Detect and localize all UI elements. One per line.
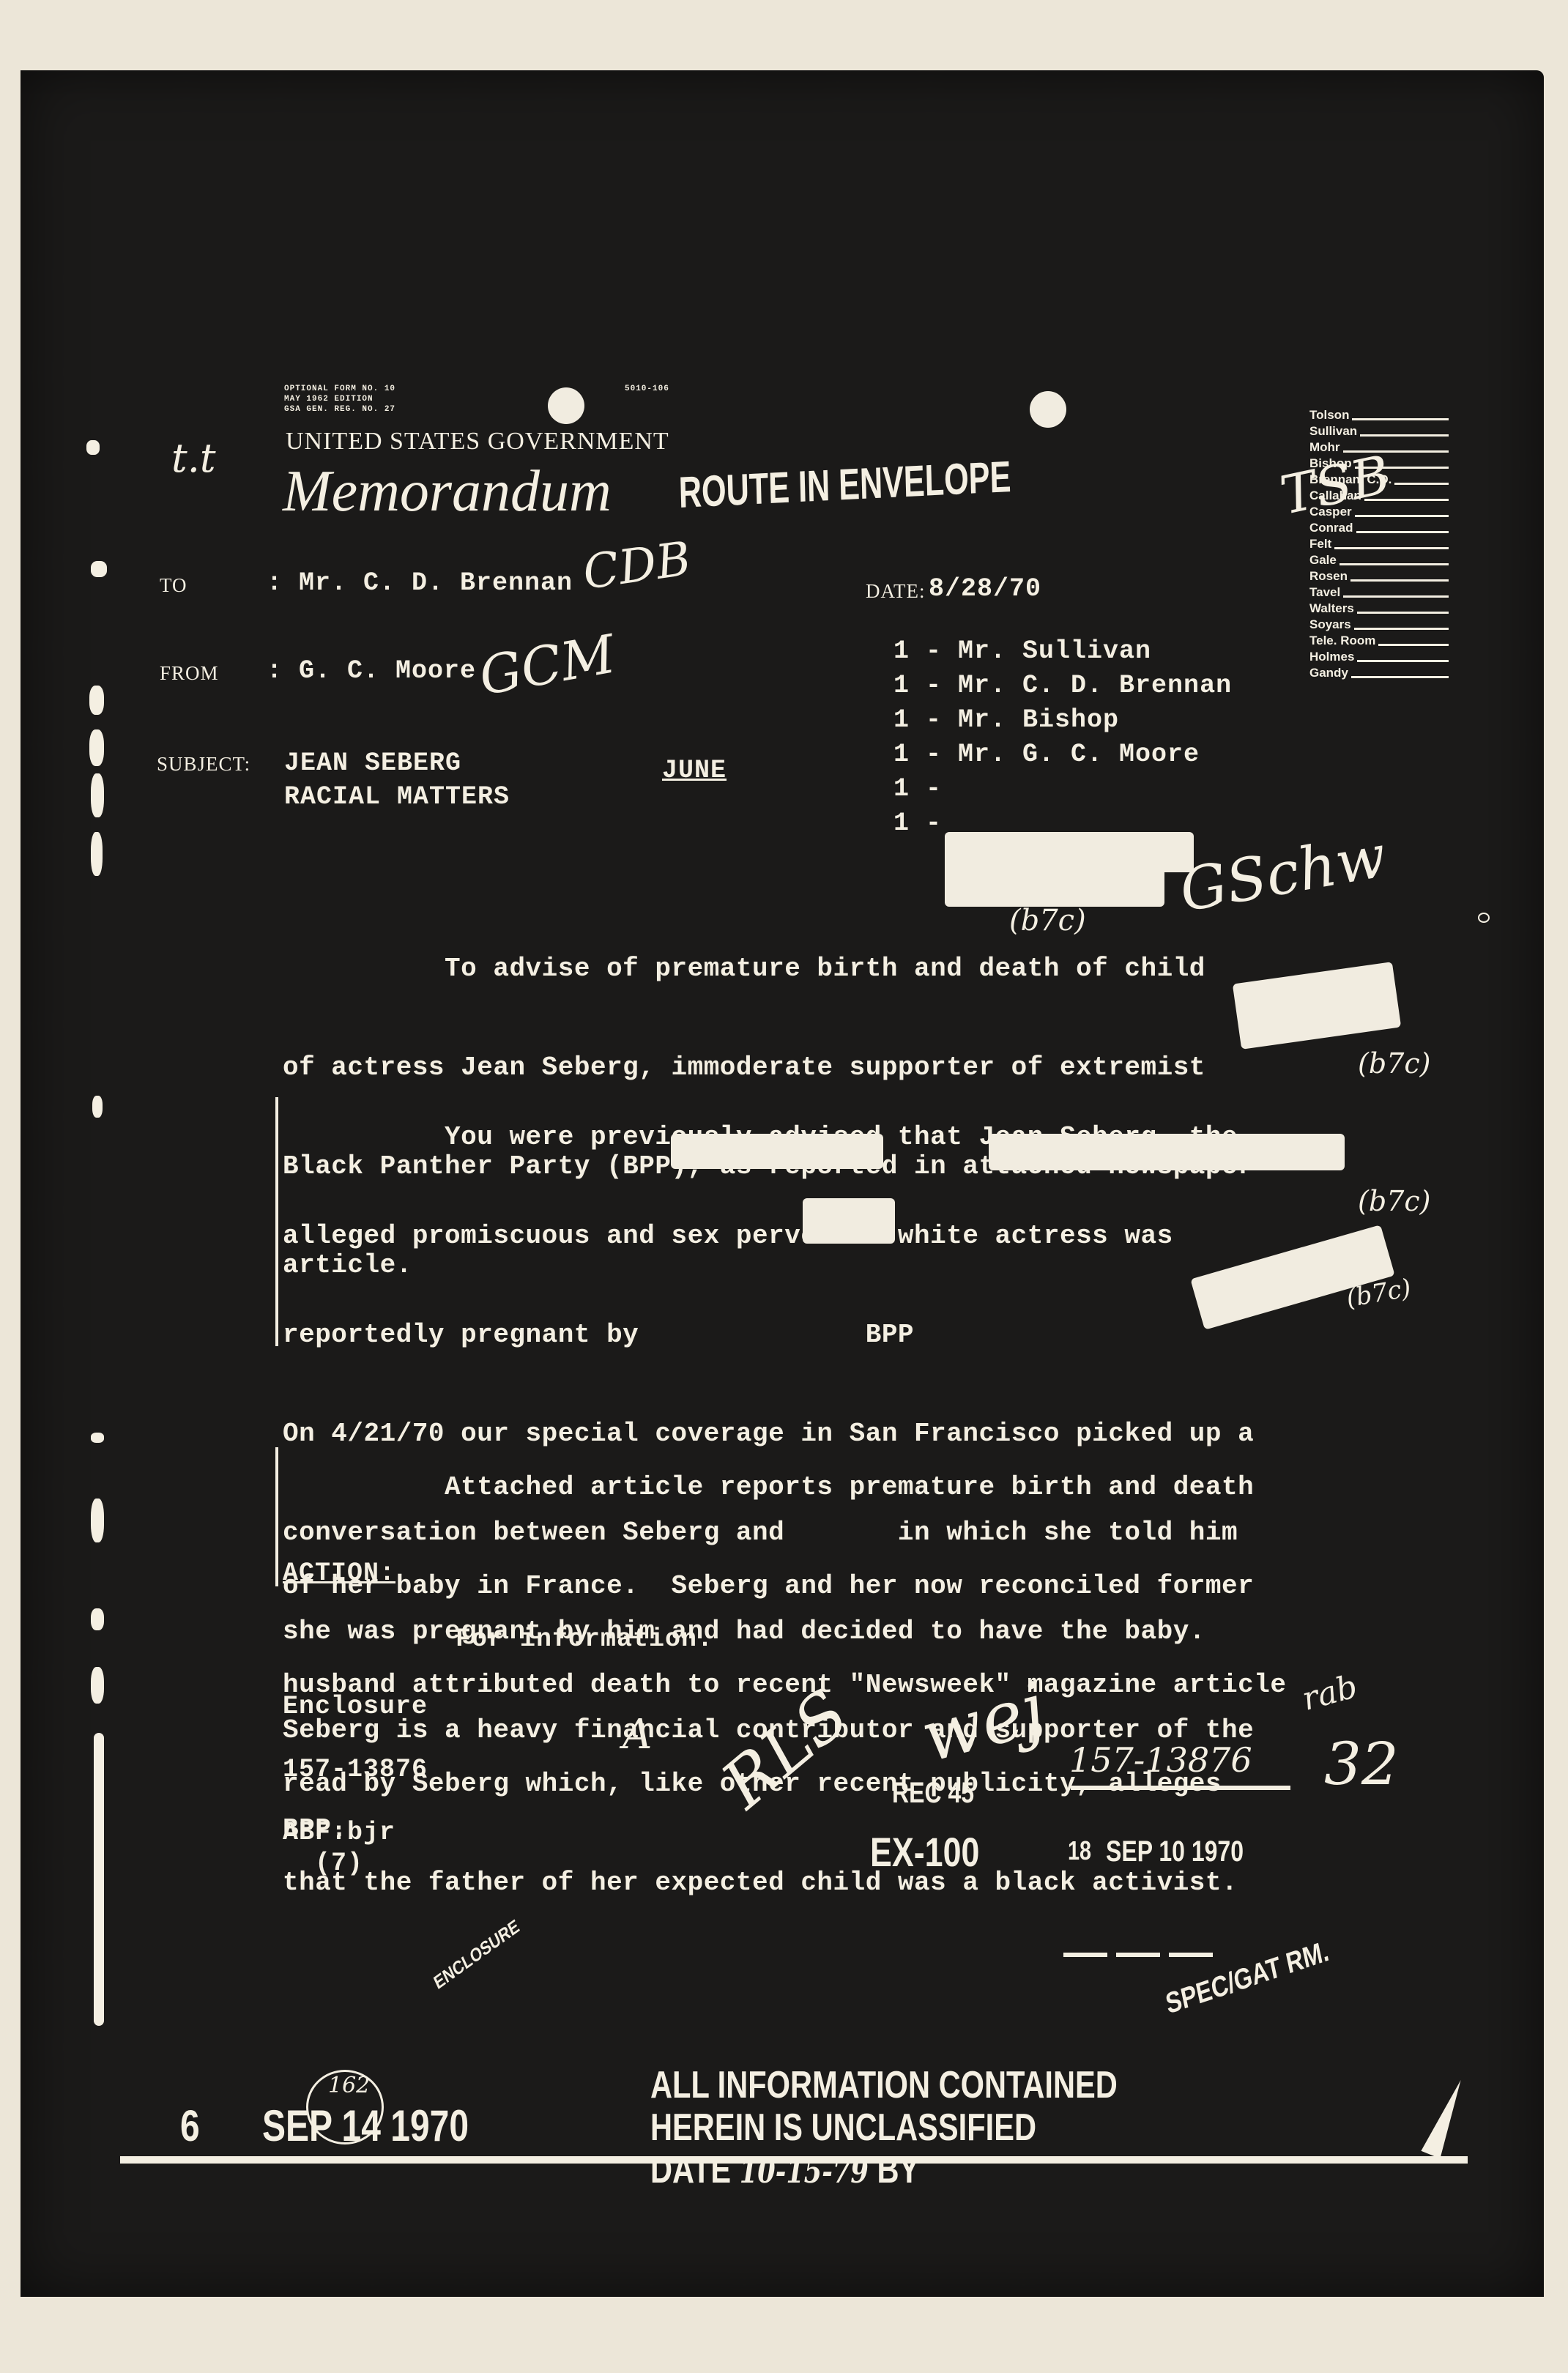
- file-number: 157-13876: [283, 1755, 428, 1784]
- to-label: TO: [160, 574, 187, 597]
- routing-slip-row: Holmes: [1309, 649, 1449, 665]
- declass-by-label: BY: [877, 2149, 919, 2191]
- routing-slip-row: Gandy: [1309, 665, 1449, 681]
- distribution-item: 1 - Mr. Sullivan: [893, 634, 1232, 669]
- typist-initials: ABF:bjr: [283, 1818, 395, 1847]
- redaction-box: [803, 1198, 895, 1244]
- paragraph-line: reportedly pregnant by BPP: [283, 1318, 1254, 1351]
- subject-line-2: RACIAL MATTERS: [284, 782, 510, 812]
- handwritten-initials: GCM: [475, 623, 620, 707]
- paragraph-line: alleged promiscuous and sex perverted wh…: [283, 1219, 1254, 1252]
- subject-tag: JUNE: [662, 756, 727, 785]
- form-number-line: MAY 1962 EDITION: [284, 394, 395, 404]
- redaction-note: (b7c): [1358, 1047, 1430, 1080]
- date-value: 8/28/70: [929, 574, 1041, 604]
- margin-mark: [91, 832, 103, 876]
- action-label: ACTION:: [283, 1559, 395, 1588]
- paragraph-line: husband attributed death to recent "News…: [283, 1668, 1286, 1701]
- underline-stamp: [1071, 1786, 1290, 1790]
- routing-slip-row: Rosen: [1309, 568, 1449, 584]
- rec-stamp: REC 45: [892, 1777, 974, 1810]
- routing-slip-row: Gale: [1309, 552, 1449, 568]
- small-circle-mark: [1478, 913, 1490, 923]
- file-number-handwritten: 157-13876: [1069, 1740, 1252, 1780]
- subject-label: SUBJECT:: [157, 753, 250, 776]
- redaction-box: [671, 1134, 883, 1169]
- action-text: For information.: [456, 1624, 713, 1654]
- margin-mark: [91, 1667, 104, 1704]
- routing-slip-row: Tolson: [1309, 407, 1449, 423]
- declass-date-label: DATE: [650, 2149, 731, 2191]
- from-label: FROM: [160, 662, 219, 685]
- dash-rule: [1169, 1953, 1213, 1957]
- dash-rule: [1116, 1953, 1160, 1957]
- declass-line: HEREIN IS UNCLASSIFIED: [650, 2106, 1118, 2149]
- handwritten-initials: rab: [1298, 1668, 1361, 1718]
- distribution-item: 1 - Mr. C. D. Brennan: [893, 669, 1232, 703]
- paragraph-line: of her baby in France. Seberg and her no…: [283, 1570, 1286, 1603]
- distribution-item: 1 - Mr. Bishop: [893, 703, 1232, 738]
- bottom-edge-trace: [120, 2156, 1468, 2164]
- routing-slip-row: Felt: [1309, 536, 1449, 552]
- margin-mark: [89, 686, 104, 715]
- received-date-stamp: SEP 10 1970: [1106, 1835, 1244, 1868]
- form-number-line: OPTIONAL FORM NO. 10: [284, 384, 395, 394]
- paragraph-line: Attached article reports premature birth…: [283, 1471, 1286, 1504]
- routing-slip-row: Tavel: [1309, 584, 1449, 601]
- margin-mark: [92, 1096, 103, 1118]
- margin-bracket: [275, 1447, 278, 1586]
- received-prefix: 18: [1068, 1835, 1091, 1866]
- margin-mark: [91, 1433, 104, 1443]
- enclosure-label: Enclosure: [283, 1692, 428, 1721]
- routing-slip-row: Soyars: [1309, 617, 1449, 633]
- form-number-line: GSA GEN. REG. NO. 27: [284, 404, 395, 415]
- bottom-left-number: 6: [180, 2101, 200, 2151]
- dash-rule: [1063, 1953, 1107, 1957]
- distribution-item: 1 -: [893, 772, 1232, 806]
- distribution-list: 1 - Mr. Sullivan 1 - Mr. C. D. Brennan 1…: [893, 634, 1232, 841]
- handwritten-initials: CDB: [580, 532, 694, 601]
- subject-line-1: JEAN SEBERG: [284, 749, 461, 778]
- punch-hole: [548, 387, 584, 424]
- margin-mark: [89, 729, 104, 766]
- declass-line: ALL INFORMATION CONTAINED: [650, 2064, 1118, 2106]
- margin-mark: [91, 561, 107, 577]
- bottom-edge-corner: [1421, 2076, 1470, 2158]
- routing-slip-row: Tele. Room: [1309, 633, 1449, 649]
- declassification-stamp: ALL INFORMATION CONTAINED HEREIN IS UNCL…: [650, 2064, 1118, 2194]
- date-label: DATE:: [866, 580, 926, 603]
- paragraph-line: To advise of premature birth and death o…: [283, 952, 1254, 985]
- ex-stamp: EX-100: [870, 1828, 979, 1876]
- redaction-box: [989, 1134, 1345, 1170]
- handwritten-initials: t.t: [171, 435, 216, 481]
- photocopy-sheet: OPTIONAL FORM NO. 10 MAY 1962 EDITION GS…: [21, 70, 1544, 2297]
- margin-bracket: [275, 1097, 278, 1346]
- punch-hole: [1030, 391, 1066, 428]
- routing-slip-row: Conrad: [1309, 520, 1449, 536]
- handwritten-serial: 162: [328, 2073, 370, 2098]
- form-number: OPTIONAL FORM NO. 10 MAY 1962 EDITION GS…: [284, 384, 395, 415]
- route-in-envelope-stamp: ROUTE IN ENVELOPE: [678, 451, 1011, 518]
- margin-mark: [91, 1499, 104, 1542]
- from-value: : G. C. Moore: [267, 656, 476, 686]
- margin-mark: [86, 440, 100, 455]
- serial-number-handwritten: 32: [1324, 1730, 1399, 1798]
- copies-count: (7): [315, 1849, 363, 1878]
- redaction-box: [1233, 962, 1401, 1050]
- margin-mark: [91, 1608, 104, 1630]
- memo-title: Memorandum: [283, 458, 612, 525]
- margin-mark: [91, 773, 104, 817]
- paragraph-line: that the father of her expected child wa…: [283, 1866, 1286, 1899]
- routing-slip-row: Sullivan: [1309, 423, 1449, 439]
- distribution-item: 1 - Mr. G. C. Moore: [893, 738, 1232, 772]
- to-value: : Mr. C. D. Brennan: [267, 568, 573, 598]
- redaction-note: (b7c): [1358, 1185, 1430, 1217]
- agency-name: UNITED STATES GOVERNMENT: [286, 428, 669, 456]
- form-code: 5010-106: [625, 384, 669, 394]
- routing-slip-row: Walters: [1309, 601, 1449, 617]
- margin-mark: [94, 1733, 104, 2026]
- paragraph: Attached article reports premature birth…: [283, 1405, 1286, 1965]
